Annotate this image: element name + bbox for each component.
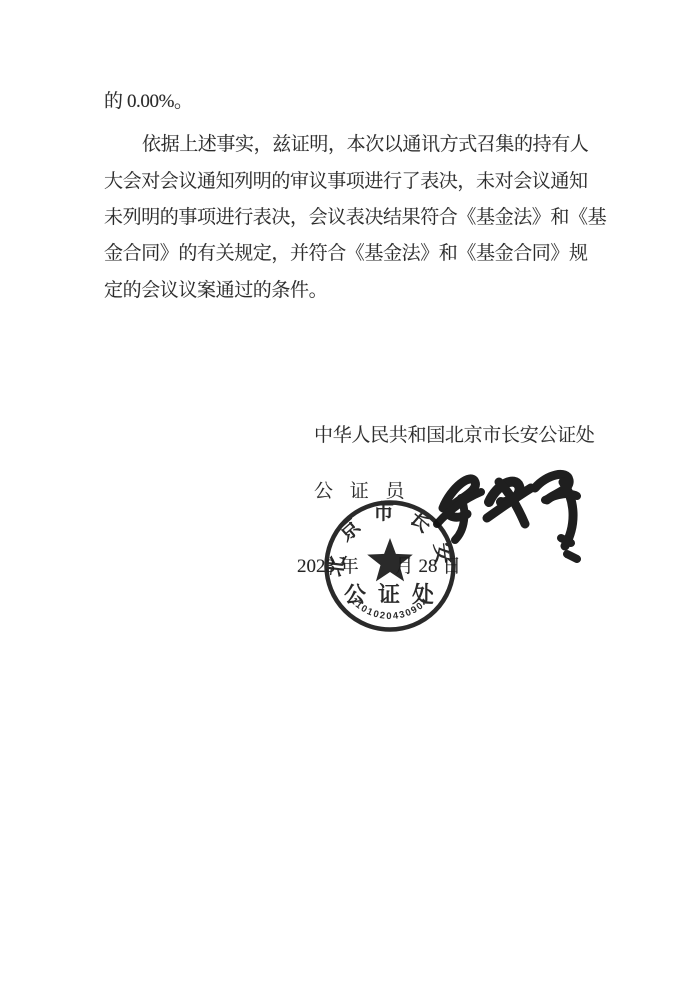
body-overflow-line: 的 0.00%。 [104, 86, 193, 113]
paragraph-line: 大会对会议通知列明的审议事项进行了表决，未对会议通知 [104, 166, 588, 193]
paragraph-line: 金合同》的有关规定，并符合《基金法》和《基金合同》规 [104, 238, 588, 265]
paragraph-line: 未列明的事项进行表决，会议表决结果符合《基金法》和《基 [104, 202, 606, 229]
handwritten-name-scrawl-icon [415, 438, 595, 578]
paragraph-line: 定的会议议案通过的条件。 [104, 275, 327, 302]
paragraph-line: 依据上述事实，兹证明，本次以通讯方式召集的持有人 [104, 129, 588, 156]
notarial-certificate-page: 的 0.00%。 依据上述事实，兹证明，本次以通讯方式召集的持有人 大会对会议通… [0, 0, 700, 988]
five-pointed-star-icon [367, 538, 413, 581]
